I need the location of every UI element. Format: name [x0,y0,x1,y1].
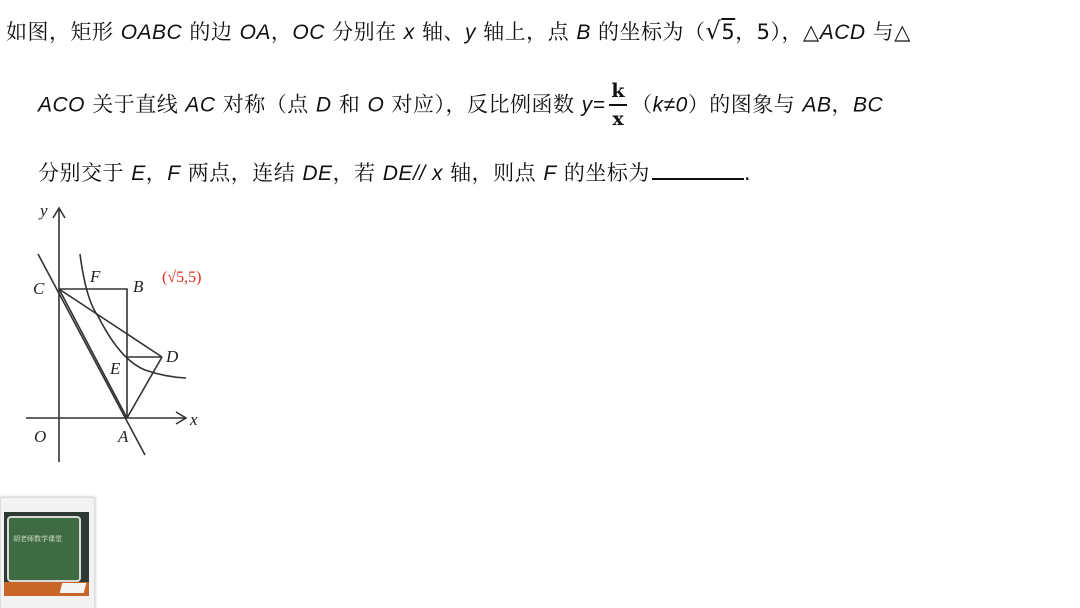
text: ， [146,161,168,185]
var-acd: ACD [820,21,866,44]
var-b: B [576,21,591,44]
text: 两点，连结 [181,161,303,185]
label-e: E [109,359,121,378]
label-x: x [189,410,198,429]
problem-line-3: 分别交于 E，F 两点，连结 DE，若 DE// x 轴，则点 F 的坐标为. [38,157,751,187]
label-d: D [165,347,179,366]
var-k-ne-0: k≠0 [653,94,688,117]
text: （ [631,93,653,117]
problem-line-1: 如图，矩形 OABC 的边 OA，OC 分别在 x 轴、y 轴上，点 B 的坐标… [6,16,911,46]
var-y-equals: y= [582,94,606,117]
text: 关于直线 [85,93,185,117]
text: ，若 [333,161,383,185]
channel-thumbnail: 胡老师数学课堂 [0,497,95,608]
text: 轴，则点 [443,161,543,185]
text: 的坐标为（ [591,20,706,44]
text: 与△ [866,20,911,44]
parallel-symbol: // [413,162,432,185]
segment-da [127,357,162,418]
var-de: DE [383,162,413,185]
text: 分别交于 [38,161,131,185]
text: 如图，矩形 [6,20,121,44]
answer-blank [652,158,744,180]
sqrt-value: 5 [721,20,735,44]
text: . [744,161,751,185]
var-oc: OC [292,21,325,44]
var-e: E [131,162,146,185]
text: ， [271,20,293,44]
text: 的边 [182,20,239,44]
text: 对称（点 [216,93,316,117]
label-y: y [38,201,48,220]
sqrt-symbol: √ [706,17,722,45]
text: 对应），反比例函数 [384,93,581,117]
text: ）的图象与 [688,93,803,117]
blackboard-frame: 胡老师数学课堂 [4,512,89,596]
fraction-numerator: k [609,82,627,106]
fraction-k-over-x: kx [609,82,627,129]
var-aco: ACO [38,94,85,117]
text: ，5），△ [735,20,820,44]
label-a: A [117,427,129,446]
var-x: x [404,21,415,44]
text: ， [832,93,854,117]
var-f: F [167,162,180,185]
blackboard: 胡老师数学课堂 [7,516,81,582]
text: 轴、 [415,20,465,44]
channel-title: 胡老师数学课堂 [13,534,62,544]
text: 轴上，点 [476,20,576,44]
fraction-denominator: x [609,106,627,129]
text: 的坐标为 [557,161,650,185]
var-oa: OA [240,21,271,44]
var-ab: AB [803,94,832,117]
text: 和 [332,93,368,117]
var-de: DE [302,162,332,185]
label-b: B [133,277,144,296]
var-d: D [316,94,332,117]
var-bc: BC [853,94,883,117]
handwritten-annotation: (√5,5) [162,269,201,286]
var-o: O [367,94,384,117]
problem-line-2: ACO 关于直线 AC 对称（点 D 和 O 对应），反比例函数 y=kx（k≠… [38,82,883,129]
text: 分别在 [325,20,404,44]
geometry-figure: y x O A B C D E F (√5,5) [0,190,260,480]
label-f: F [89,267,101,286]
paper-icon [60,583,87,593]
var-y: y [465,21,476,44]
var-ac: AC [185,94,215,117]
label-c: C [33,279,45,298]
var-x: x [432,162,443,185]
var-oabc: OABC [121,21,183,44]
label-o: O [34,427,46,446]
var-f: F [543,162,556,185]
